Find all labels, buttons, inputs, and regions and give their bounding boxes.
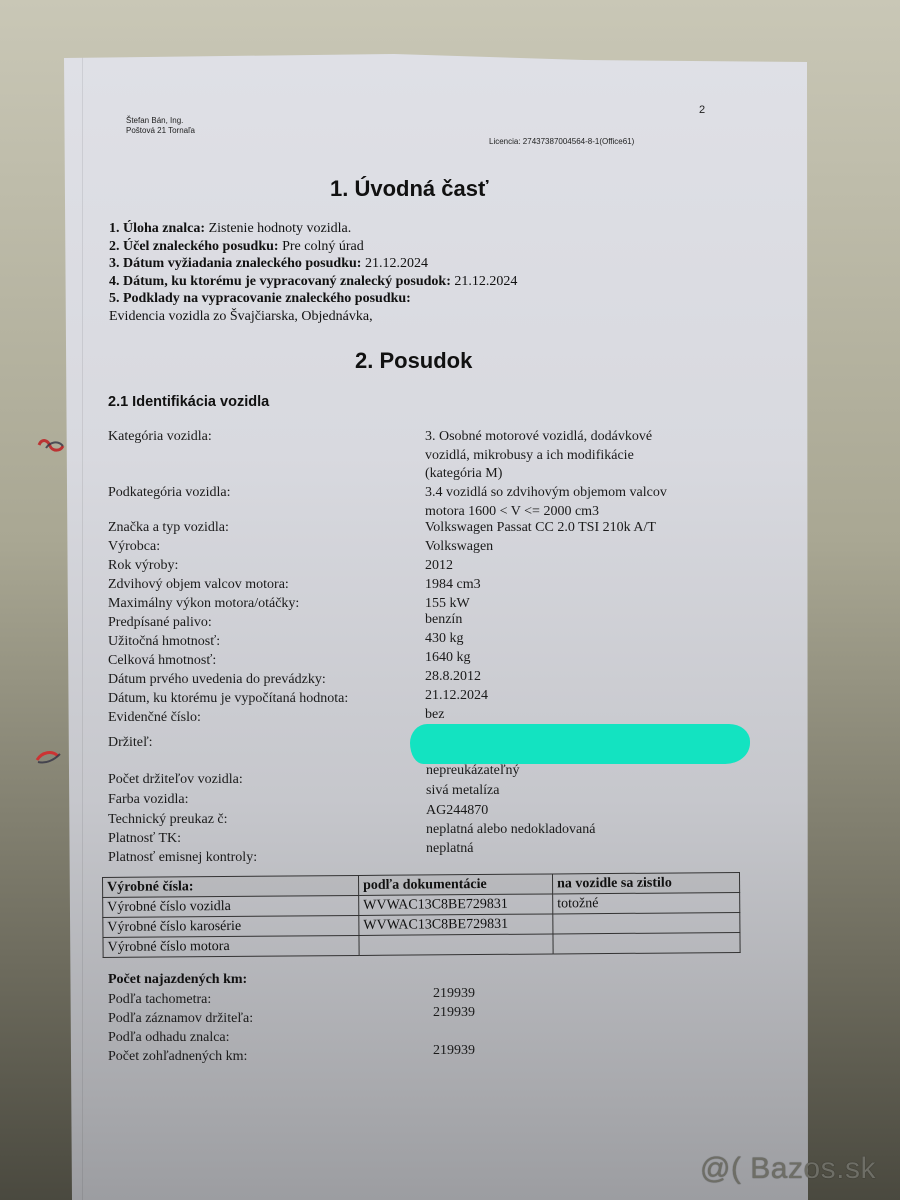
intro-item: 1. Úloha znalca: Zistenie hodnoty vozidl… — [109, 220, 517, 238]
field-label: Kategória vozidla: — [108, 428, 212, 447]
field-value: 3.4 vozidlá so zdvihovým objemom valcovm… — [425, 484, 667, 521]
intro-sources: Evidencia vozidla zo Švajčiarska, Objedn… — [109, 308, 517, 326]
mileage-label: Počet zohľadnených km: — [108, 1048, 247, 1067]
bazos-watermark: @( Bazos.sk — [700, 1152, 876, 1186]
author-address: Poštová 21 Tornaľa — [126, 126, 195, 136]
table-header-cell: na vozidle sa zistilo — [552, 872, 739, 893]
section-1-title: 1. Úvodná časť — [330, 176, 489, 202]
table-cell — [553, 932, 740, 953]
intro-list: 1. Úloha znalca: Zistenie hodnoty vozidl… — [109, 220, 517, 325]
paper-clip-icon — [34, 748, 64, 766]
intro-item: 3. Dátum vyžiadania znaleckého posudku: … — [109, 255, 517, 273]
field-label: Podkategória vozidla: — [108, 484, 230, 503]
table-row: Výrobné číslo motora — [103, 932, 740, 957]
mileage-label: Podľa záznamov držiteľa: — [108, 1010, 253, 1029]
field-label: Značka a typ vozidla: — [108, 519, 229, 538]
redaction-mark — [410, 724, 750, 764]
table-cell: WVWAC13C8BE729831 — [359, 894, 553, 916]
table-cell — [553, 912, 740, 933]
table-cell: Výrobné číslo karosérie — [103, 915, 359, 937]
author-name: Štefan Bán, Ing. — [126, 116, 183, 126]
field-label: Platnosť TK: — [108, 830, 181, 849]
page-number: 2 — [699, 104, 705, 116]
field-value: benzín — [425, 611, 462, 630]
field-value: 21.12.2024 — [425, 687, 488, 706]
paper-clip-icon — [36, 436, 66, 454]
field-label: Zdvihový objem valcov motora: — [108, 576, 289, 595]
intro-item: 5. Podklady na vypracovanie znaleckého p… — [109, 290, 517, 308]
field-value: nepreukázateľný — [426, 762, 520, 781]
field-value: 2012 — [425, 557, 453, 576]
field-label: Držiteľ: — [108, 734, 153, 753]
mileage-value: 219939 — [433, 985, 475, 1004]
section-2-1-title: 2.1 Identifikácia vozidla — [108, 394, 269, 410]
field-label: Rok výroby: — [108, 557, 178, 576]
field-value: AG244870 — [426, 802, 488, 821]
field-value: neplatná alebo nedokladovaná — [426, 821, 595, 840]
field-value: sivá metalíza — [426, 782, 499, 801]
table-header-cell: podľa dokumentácie — [358, 874, 552, 896]
field-label: Maximálny výkon motora/otáčky: — [108, 595, 299, 614]
field-value: bez — [425, 706, 444, 725]
mileage-value: 219939 — [433, 1042, 475, 1061]
table-cell: WVWAC13C8BE729831 — [359, 914, 553, 936]
field-label: Počet držiteľov vozidla: — [108, 771, 243, 790]
field-label: Predpísané palivo: — [108, 614, 212, 633]
field-label: Farba vozidla: — [108, 791, 188, 810]
table-header-cell: Výrobné čísla: — [103, 875, 359, 897]
field-value: Volkswagen Passat CC 2.0 TSI 210k A/T — [425, 519, 656, 538]
mileage-value: 219939 — [433, 1004, 475, 1023]
table-cell: Výrobné číslo vozidla — [103, 895, 359, 917]
field-label: Evidenčné číslo: — [108, 709, 201, 728]
field-label: Dátum, ku ktorému je vypočítaná hodnota: — [108, 690, 348, 709]
field-value: 430 kg — [425, 630, 464, 649]
field-label: Dátum prvého uvedenia do prevádzky: — [108, 671, 326, 690]
field-value: 1640 kg — [425, 649, 471, 668]
field-value: Volkswagen — [425, 538, 493, 557]
field-label: Výrobca: — [108, 538, 160, 557]
field-value: 28.8.2012 — [425, 668, 481, 687]
intro-item: 4. Dátum, ku ktorému je vypracovaný znal… — [109, 273, 517, 291]
field-value: neplatná — [426, 840, 473, 859]
section-2-title: 2. Posudok — [355, 348, 472, 374]
table-cell — [359, 934, 553, 956]
field-value: 1984 cm3 — [425, 576, 481, 595]
mileage-title: Počet najazdených km: — [108, 972, 247, 988]
vin-table: Výrobné čísla: podľa dokumentácie na voz… — [102, 872, 741, 958]
page-fold — [82, 54, 83, 1200]
field-label: Užitočná hmotnosť: — [108, 633, 220, 652]
mileage-label: Podľa tachometra: — [108, 991, 211, 1010]
field-label: Technický preukaz č: — [108, 811, 228, 830]
license-number: Licencia: 27437387004564-8-1(Office61) — [489, 137, 634, 147]
field-label: Celková hmotnosť: — [108, 652, 216, 671]
field-value: 3. Osobné motorové vozidlá, dodávkovévoz… — [425, 428, 652, 484]
field-label: Platnosť emisnej kontroly: — [108, 849, 257, 868]
table-cell: totožné — [553, 892, 740, 913]
mileage-label: Podľa odhadu znalca: — [108, 1029, 230, 1048]
intro-item: 2. Účel znaleckého posudku: Pre colný úr… — [109, 238, 517, 256]
table-cell: Výrobné číslo motora — [103, 935, 359, 957]
